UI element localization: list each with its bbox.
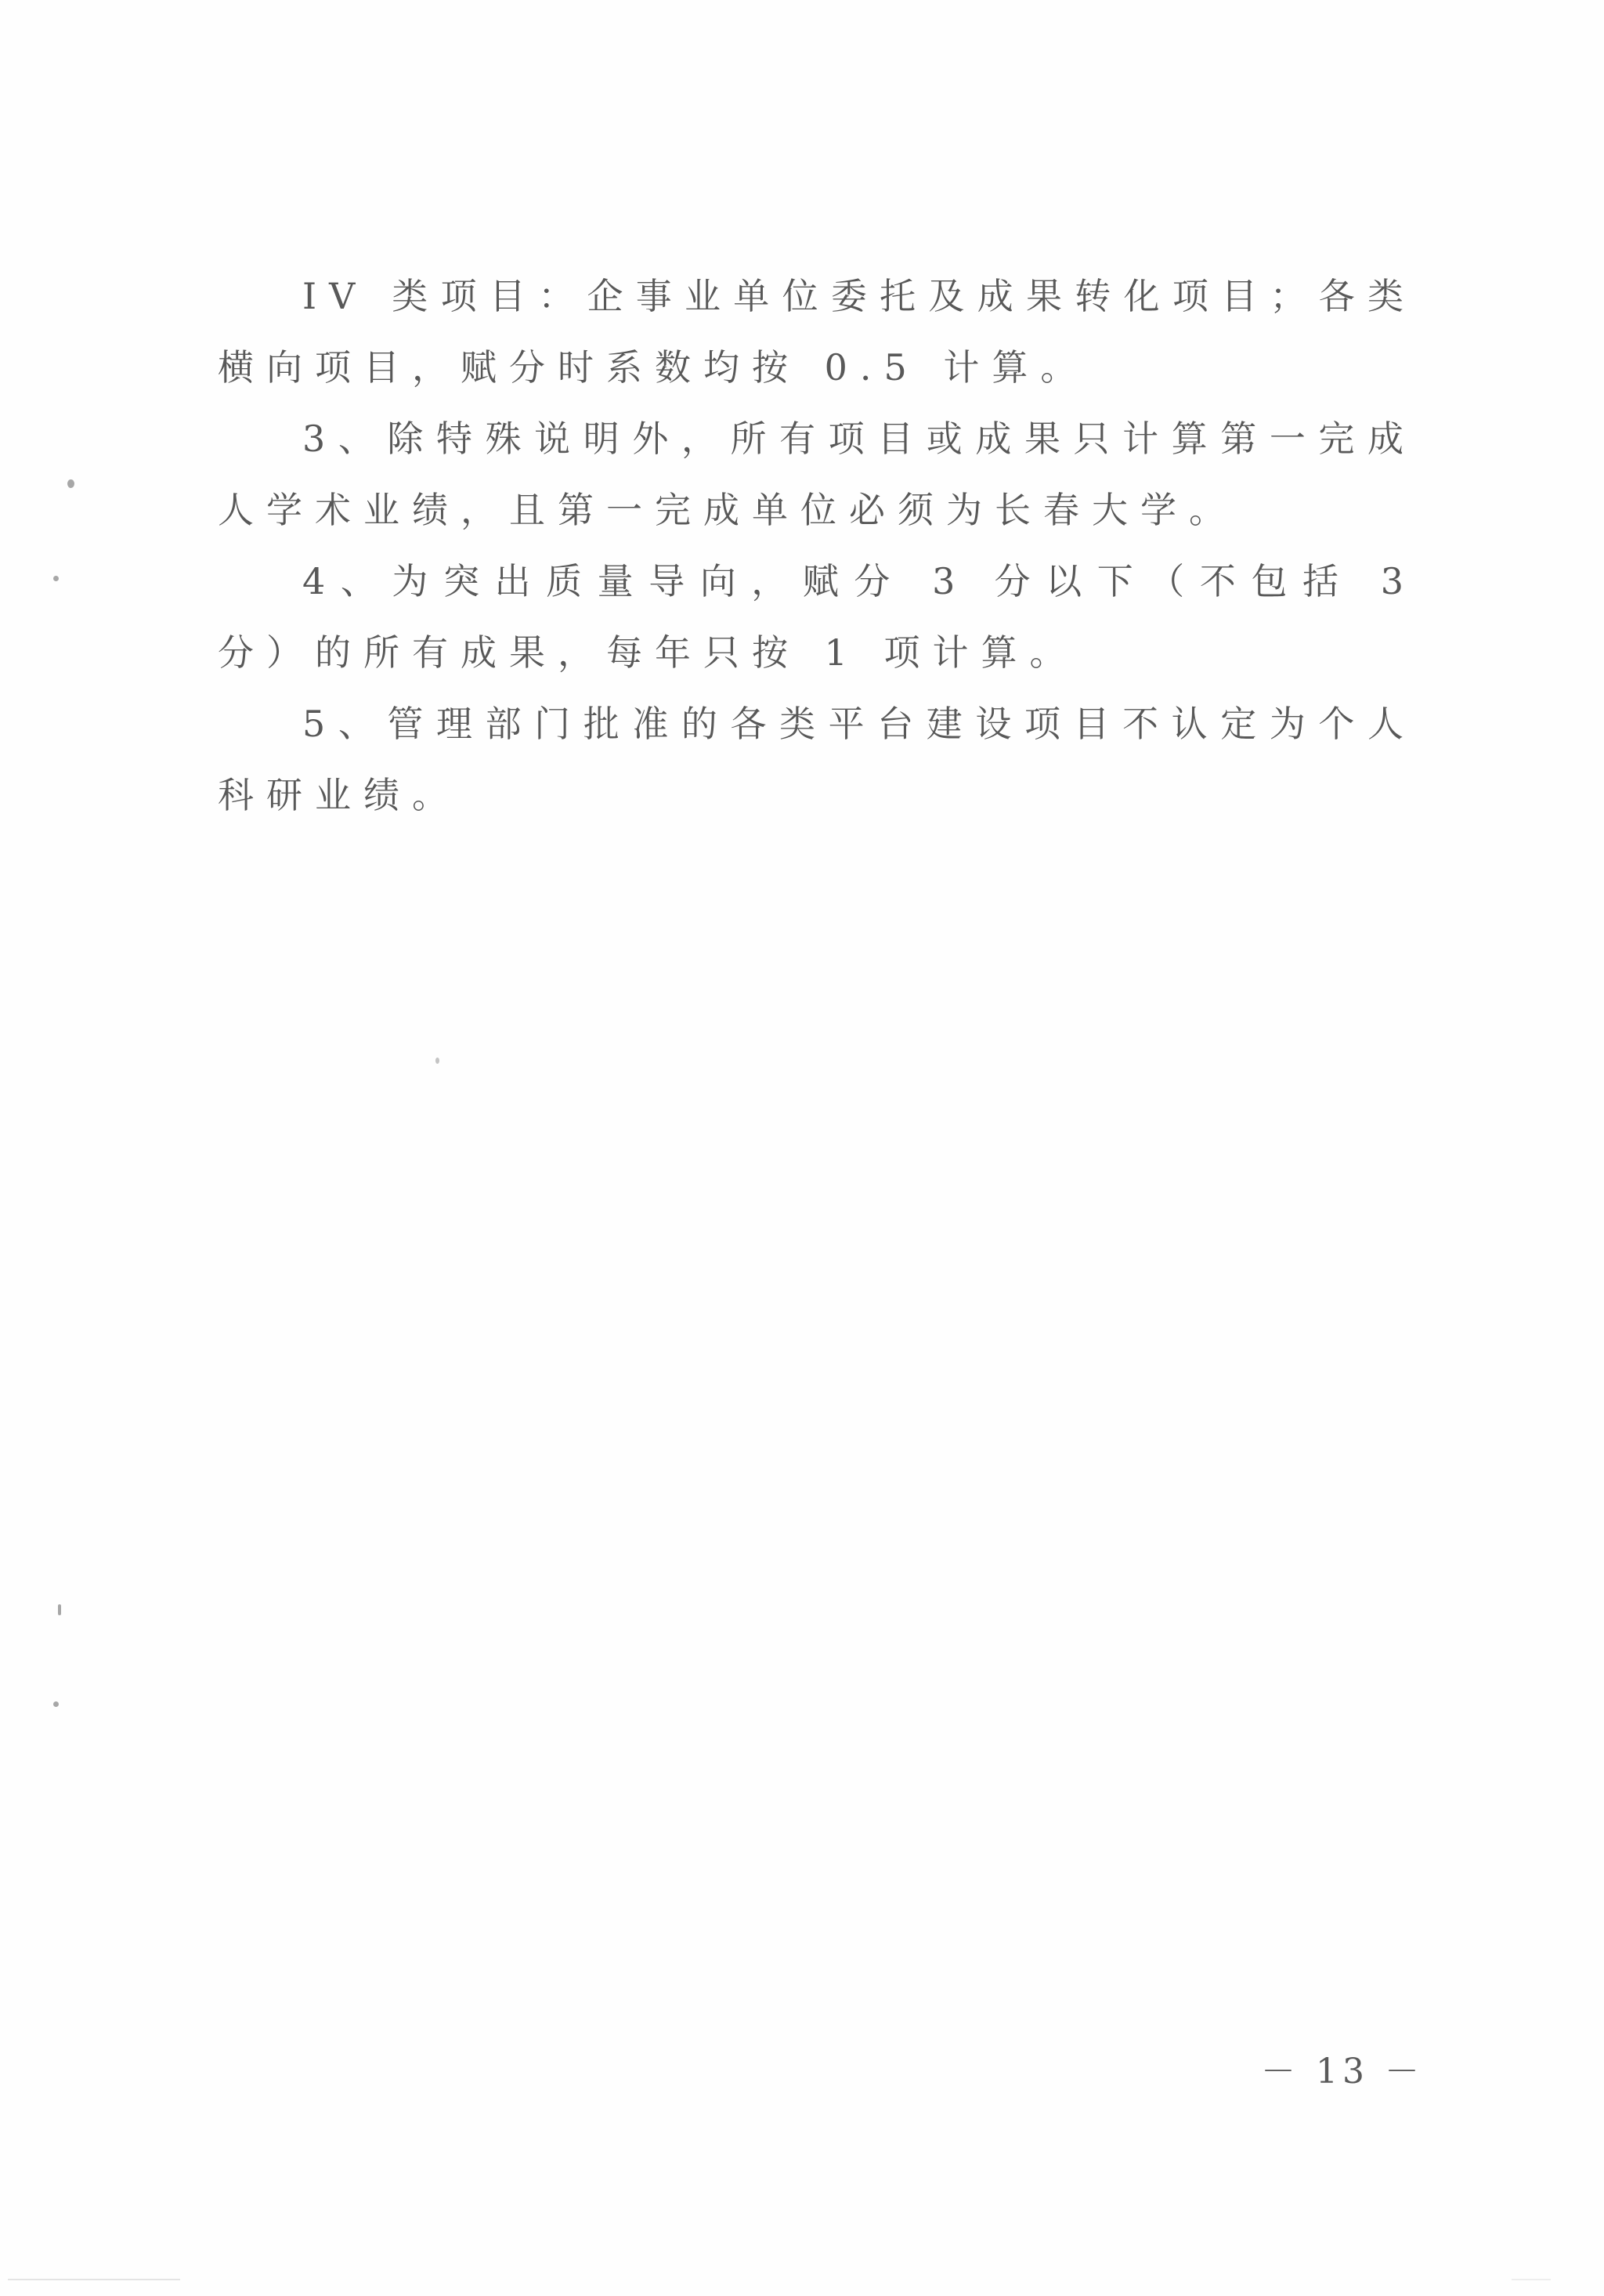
scan-edge-line — [1512, 2279, 1551, 2280]
paragraph-item-4: 4、为突出质量导向，赋分 3 分以下（不包括 3 分）的所有成果，每年只按 1 … — [218, 546, 1416, 689]
paragraph-item-5: 5、管理部门批准的各类平台建设项目不认定为个人科研业绩。 — [218, 689, 1416, 831]
scan-speck — [435, 1058, 439, 1064]
scan-speck — [53, 576, 59, 581]
page-number: － 13 － — [1261, 2043, 1424, 2093]
scan-speck — [67, 479, 74, 488]
scan-speck — [53, 1701, 59, 1707]
document-body: IV 类项目：企事业单位委托及成果转化项目；各类横向项目，赋分时系数均按 0.5… — [218, 261, 1416, 831]
paragraph-category-iv: IV 类项目：企事业单位委托及成果转化项目；各类横向项目，赋分时系数均按 0.5… — [218, 261, 1416, 403]
scan-edge-line — [8, 2279, 180, 2280]
paragraph-item-3: 3、除特殊说明外，所有项目或成果只计算第一完成人学术业绩，且第一完成单位必须为长… — [218, 403, 1416, 546]
scan-speck — [58, 1604, 61, 1615]
